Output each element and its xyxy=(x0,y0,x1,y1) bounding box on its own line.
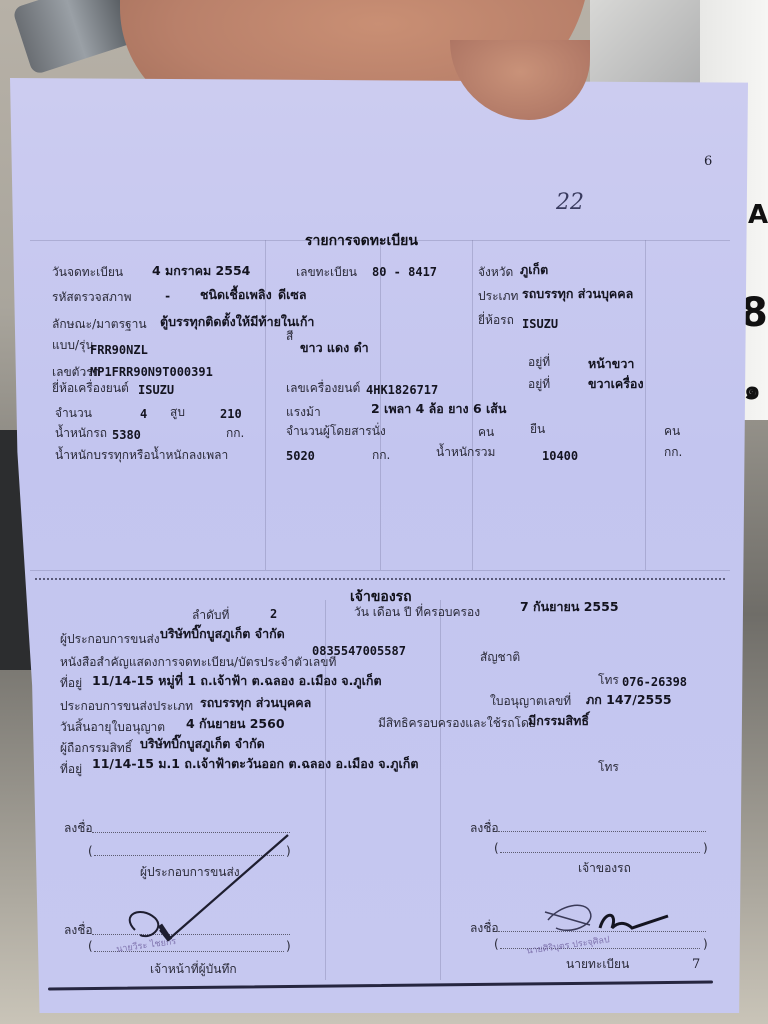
signatures-ink xyxy=(0,0,768,1024)
